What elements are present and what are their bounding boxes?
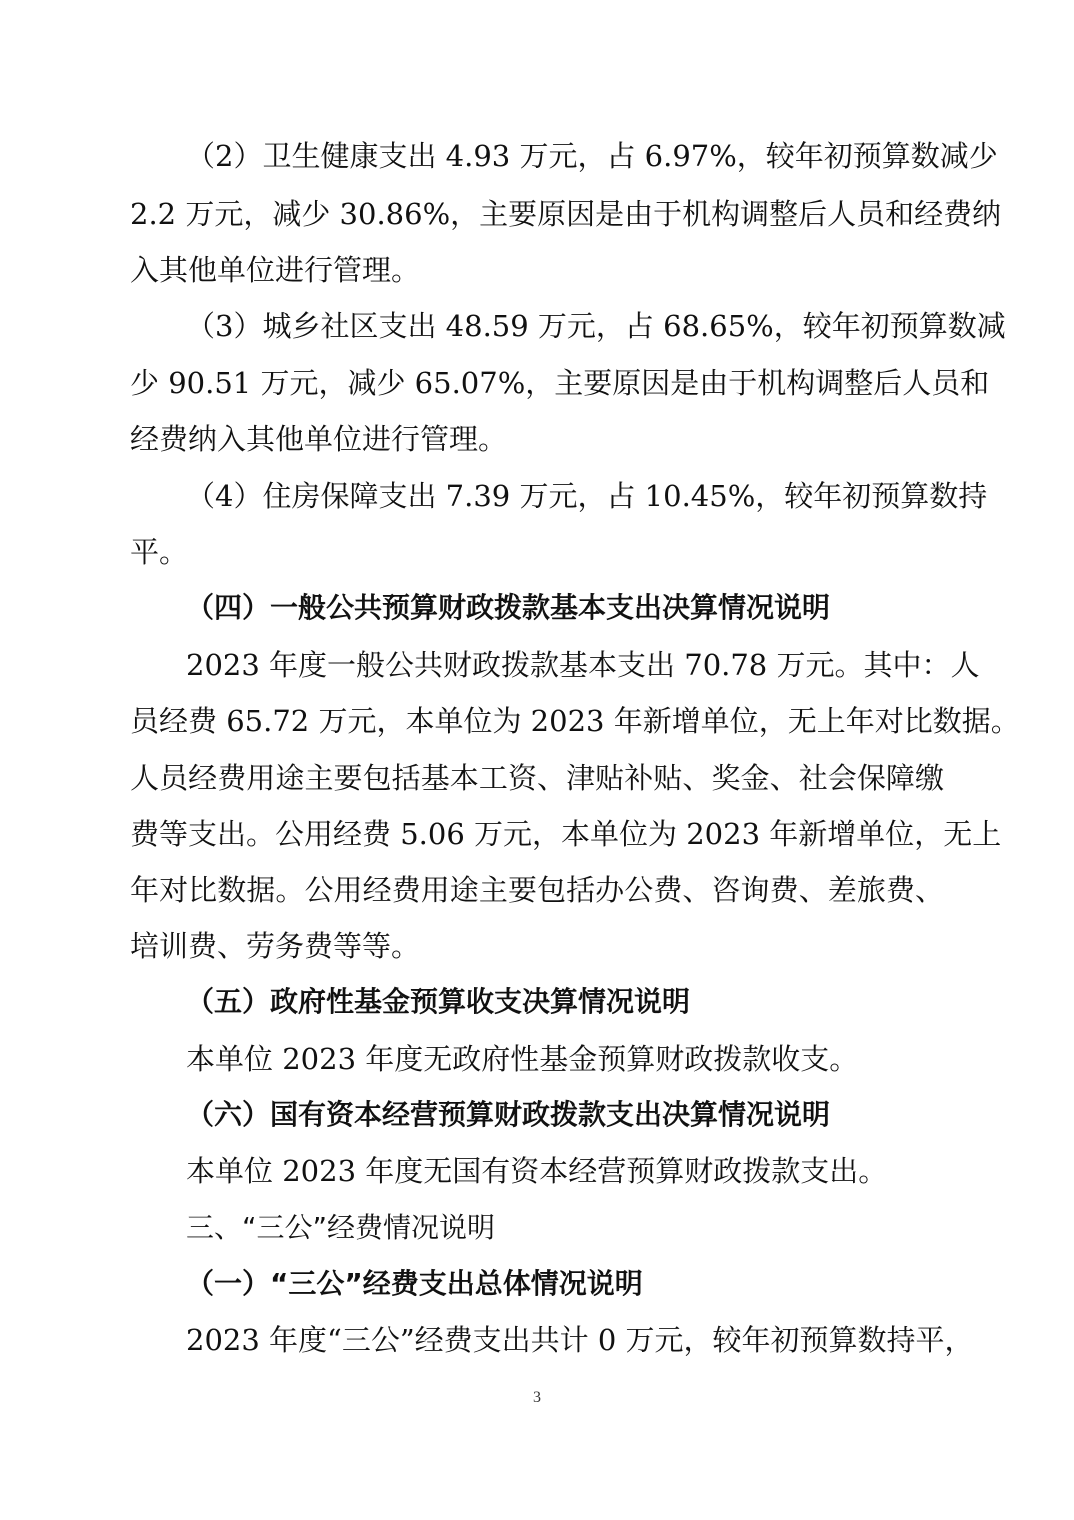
paragraph-line: （4）住房保障支出 7.39 万元，占 10.45%，较年初预算数持 [186, 474, 944, 518]
paragraph-line: 平。 [130, 530, 944, 574]
section-heading: （一）“三公”经费支出总体情况说明 [186, 1262, 944, 1306]
paragraph-line: 2.2 万元，减少 30.86%，主要原因是由于机构调整后人员和经费纳 [130, 192, 944, 236]
paragraph-line: 年对比数据。公用经费用途主要包括办公费、咨询费、差旅费、 [130, 868, 944, 912]
section-heading: （六）国有资本经营预算财政拨款支出决算情况说明 [186, 1093, 944, 1137]
paragraph-line: （2）卫生健康支出 4.93 万元，占 6.97%，较年初预算数减少 [186, 134, 944, 178]
paragraph-line: 费等支出。公用经费 5.06 万元，本单位为 2023 年新增单位，无上 [130, 812, 944, 856]
paragraph-line: 培训费、劳务费等等。 [130, 924, 944, 968]
document-page: （2）卫生健康支出 4.93 万元，占 6.97%，较年初预算数减少 2.2 万… [0, 0, 1074, 1520]
paragraph-line: 少 90.51 万元，减少 65.07%，主要原因是由于机构调整后人员和 [130, 361, 944, 405]
paragraph-line: 经费纳入其他单位进行管理。 [130, 417, 944, 461]
section-heading: （四）一般公共预算财政拨款基本支出决算情况说明 [186, 586, 944, 630]
paragraph-line: 2023 年度“三公”经费支出共计 0 万元，较年初预算数持平， [186, 1318, 944, 1362]
section-heading: （五）政府性基金预算收支决算情况说明 [186, 980, 944, 1024]
paragraph-line: 人员经费用途主要包括基本工资、津贴补贴、奖金、社会保障缴 [130, 756, 944, 800]
paragraph-line: 本单位 2023 年度无政府性基金预算财政拨款收支。 [186, 1037, 944, 1081]
paragraph-line: 入其他单位进行管理。 [130, 248, 944, 292]
paragraph-line: （3）城乡社区支出 48.59 万元，占 68.65%，较年初预算数减 [186, 304, 944, 348]
paragraph-line: 员经费 65.72 万元，本单位为 2023 年新增单位，无上年对比数据。 [130, 699, 944, 743]
paragraph-line: 本单位 2023 年度无国有资本经营预算财政拨款支出。 [186, 1149, 944, 1193]
section-heading: 三、“三公”经费情况说明 [186, 1206, 944, 1250]
page-number: 3 [0, 1388, 1074, 1408]
paragraph-line: 2023 年度一般公共财政拨款基本支出 70.78 万元。其中：人 [186, 643, 944, 687]
